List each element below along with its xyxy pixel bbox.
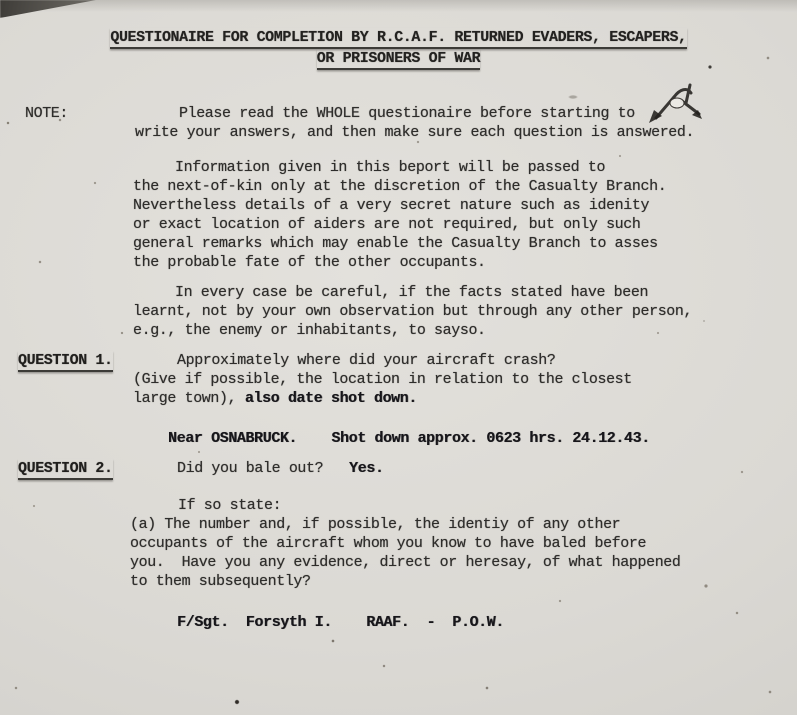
question1-label: QUESTION 1. <box>18 351 113 372</box>
question1-text-line: Approximately where did your aircraft cr… <box>177 351 555 370</box>
question2-sub-line: occupants of the aircraft whom you know … <box>130 534 646 553</box>
note-paragraph1-line: Please read the WHOLE questionaire befor… <box>179 104 635 123</box>
note-paragraph2-line: the probable fate of the other occupants… <box>133 253 486 272</box>
note-paragraph3-line: In every case be careful, if the facts s… <box>175 283 648 302</box>
torn-corner <box>0 0 96 18</box>
document-title-line-1: QUESTIONAIRE FOR COMPLETION BY R.C.A.F. … <box>0 28 797 49</box>
question2-prompt: Did you bale out? Yes. <box>177 459 383 478</box>
question2-sub-intro: If so state: <box>178 496 281 515</box>
note-paragraph3-line: e.g., the enemy or inhabitants, to sayso… <box>133 321 486 340</box>
question2-sub-line: to them subsequently? <box>130 572 311 591</box>
question1-answer: Near OSNABRUCK. Shot down approx. 0623 h… <box>168 429 650 448</box>
note-paragraph3-line: learnt, not by your own observation but … <box>133 302 692 321</box>
note-paragraph1-line: write your answers, and then make sure e… <box>135 123 694 142</box>
note-paragraph2-line: the next-of-kin only at the discretion o… <box>133 177 666 196</box>
question2-label: QUESTION 2. <box>18 459 113 480</box>
note-label: NOTE: <box>25 104 68 123</box>
question2-answer: F/Sgt. Forsyth I. RAAF. - P.O.W. <box>177 613 504 632</box>
question2-sub-line: you. Have you any evidence, direct or he… <box>130 553 681 572</box>
note-paragraph2-line: Nevertheless details of a very secret na… <box>133 196 649 215</box>
note-paragraph2-line: Information given in this beport will be… <box>175 158 605 177</box>
document-page: QUESTIONAIRE FOR COMPLETION BY R.C.A.F. … <box>0 0 797 715</box>
question1-text-line: large town), also date shot down. <box>133 389 417 408</box>
document-title-line-2: OR PRISONERS OF WAR <box>0 49 797 70</box>
note-paragraph2-line: general remarks which may enable the Cas… <box>133 234 658 253</box>
note-paragraph2-line: or exact location of aiders are not requ… <box>133 215 641 234</box>
question2-sub-line: (a) The number and, if possible, the ide… <box>130 515 620 534</box>
question1-text-line: (Give if possible, the location in relat… <box>133 370 632 389</box>
